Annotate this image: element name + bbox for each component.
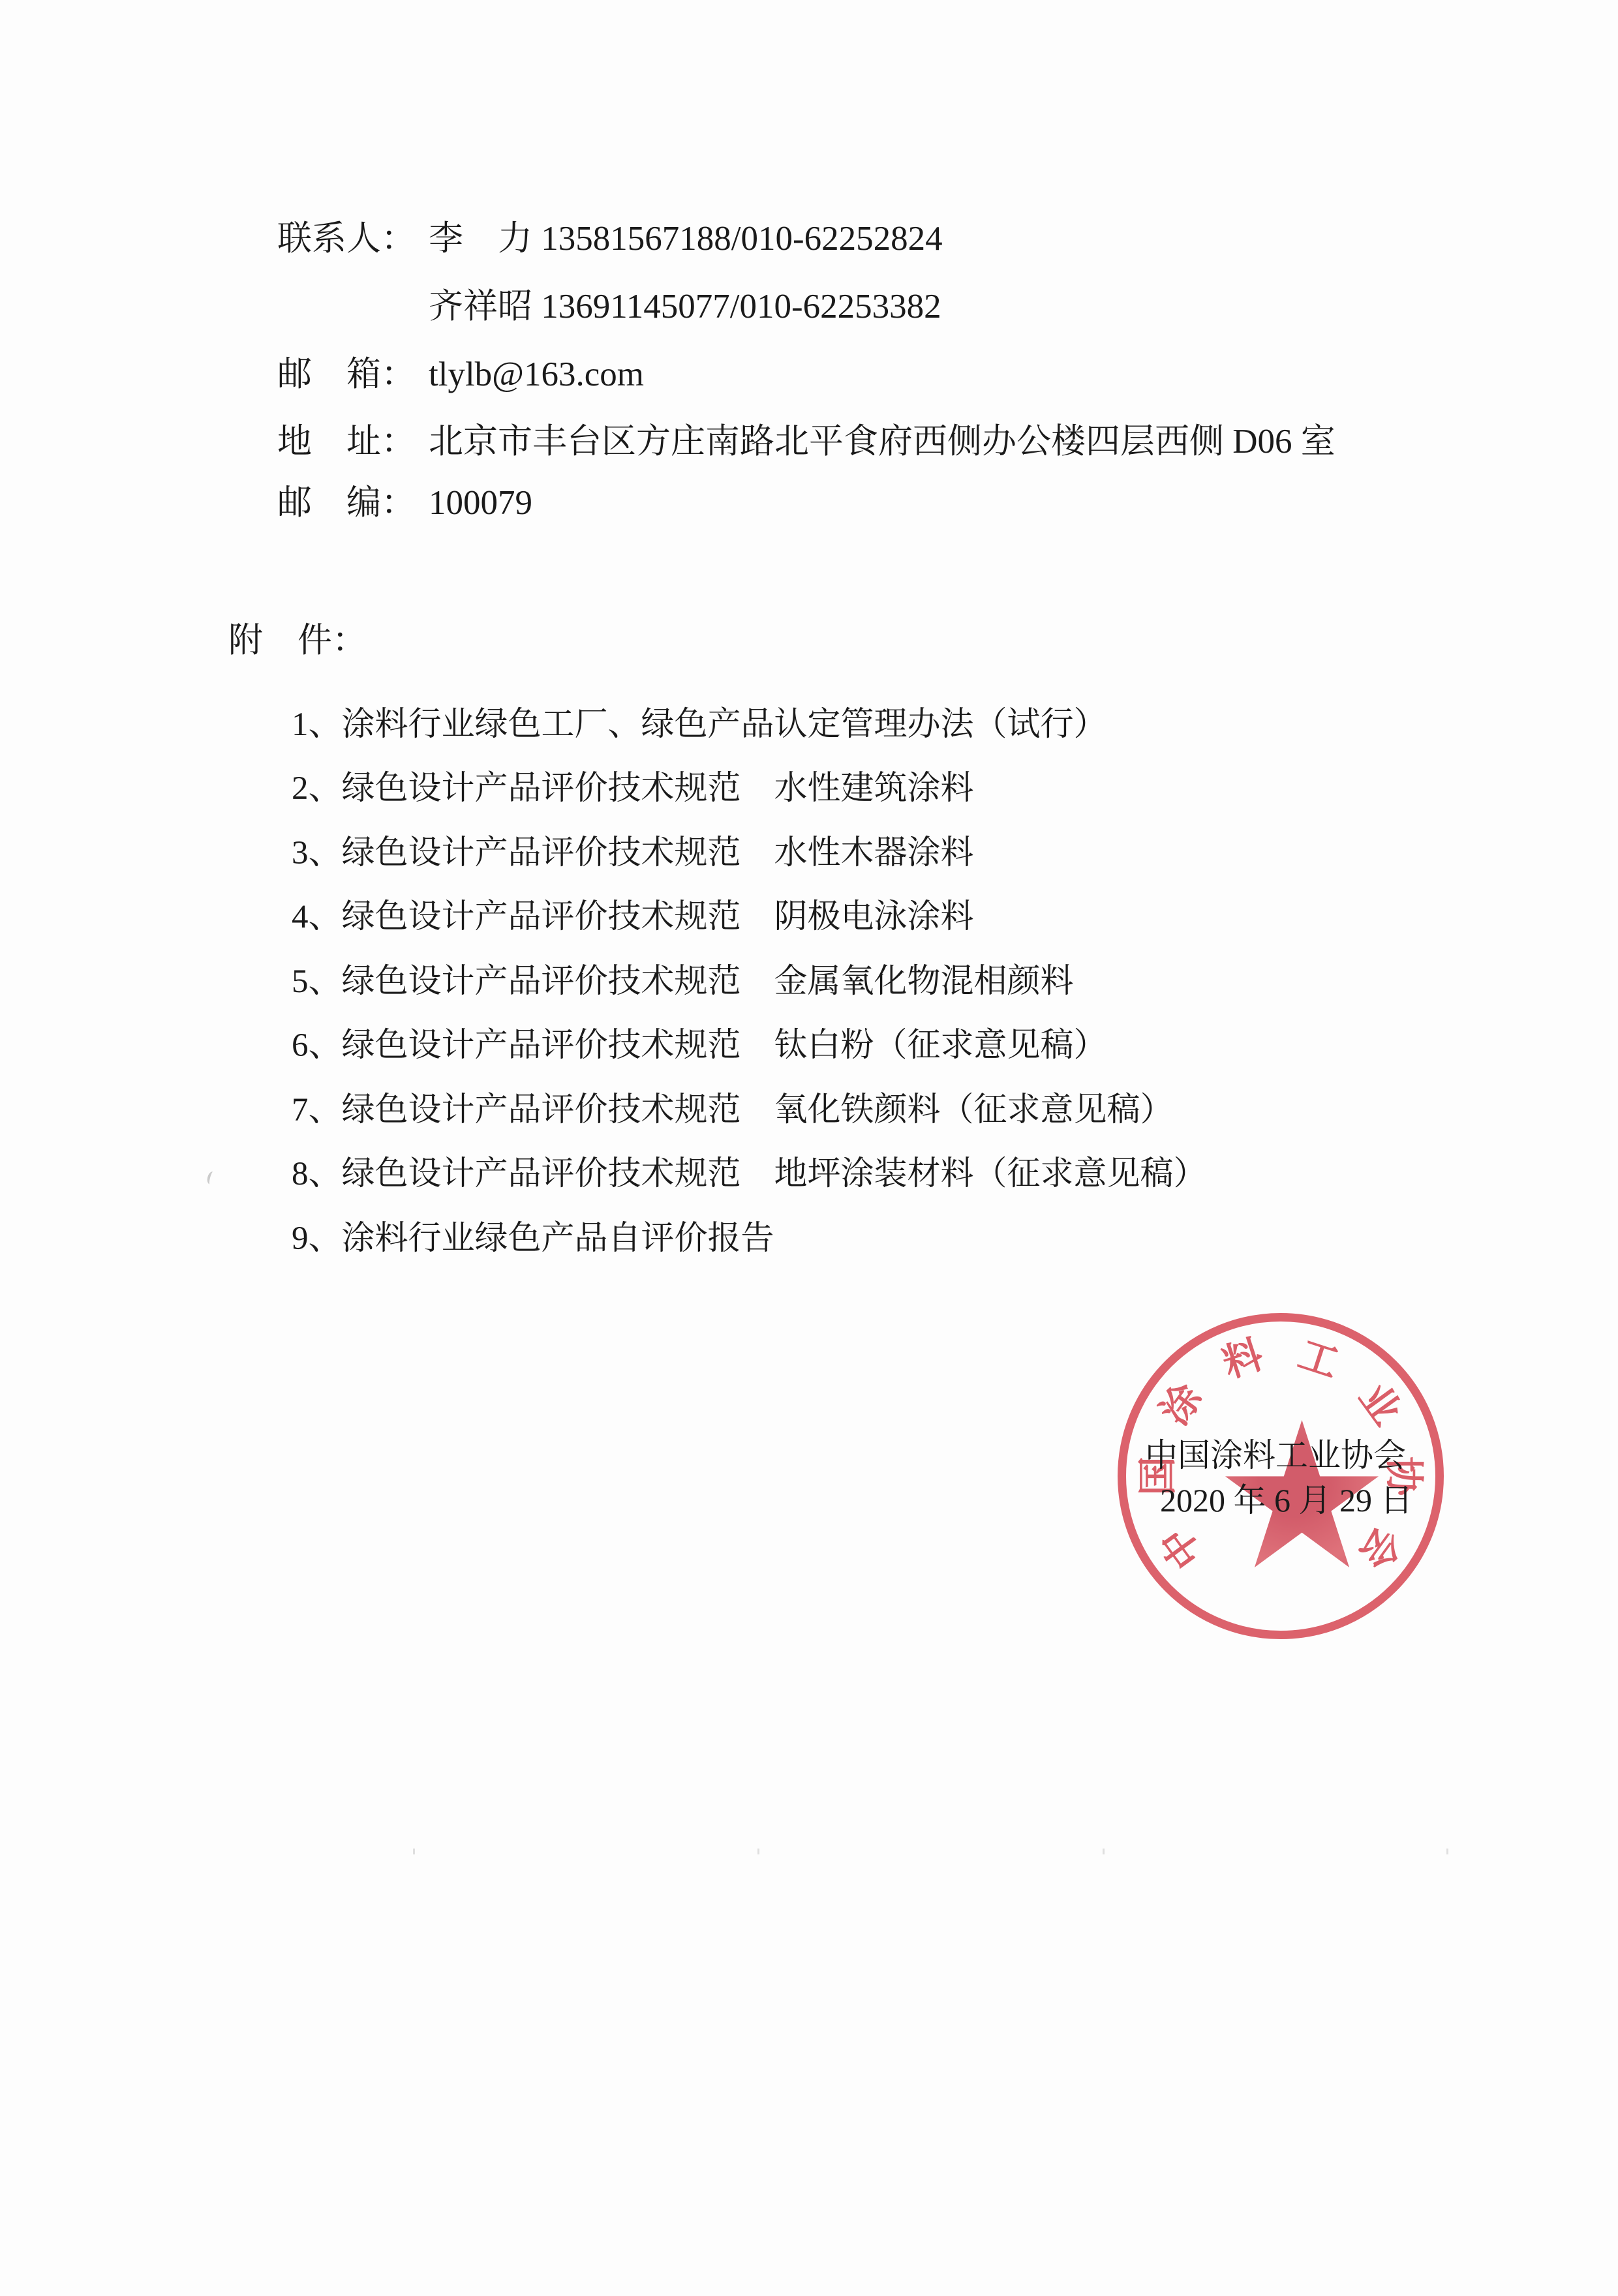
contact-value: 李 力 13581567188/010-62252824 xyxy=(429,220,943,258)
contact-label: 邮 编： xyxy=(277,484,416,522)
scan-artifact xyxy=(757,1849,759,1854)
scan-artifact xyxy=(1446,1849,1448,1854)
contact-row: 邮 编： 100079 xyxy=(0,484,1618,522)
scan-artifact xyxy=(413,1849,415,1854)
contact-row: 齐祥昭 13691145077/010-62253382 xyxy=(0,288,1618,325)
contact-value: 北京市丰台区方庄南路北平食府西侧办公楼四层西侧 D06 室 xyxy=(429,423,1336,461)
contact-row: 地 址： 北京市丰台区方庄南路北平食府西侧办公楼四层西侧 D06 室 xyxy=(0,423,1618,461)
document-page: 联系人： 李 力 13581567188/010-62252824 齐祥昭 13… xyxy=(0,0,1618,2296)
contact-row: 联系人： 李 力 13581567188/010-62252824 xyxy=(0,220,1618,258)
contact-value: 齐祥昭 13691145077/010-62253382 xyxy=(429,288,941,325)
attachment-item: 4、绿色设计产品评价技术规范 阴极电泳涂料 xyxy=(292,899,974,935)
attachment-item: 2、绿色设计产品评价技术规范 水性建筑涂料 xyxy=(292,770,974,807)
scan-artifact xyxy=(1103,1849,1105,1854)
attachment-item: 3、绿色设计产品评价技术规范 水性木器涂料 xyxy=(292,835,974,871)
scan-speck xyxy=(206,1171,217,1185)
contact-label: 邮 箱： xyxy=(277,355,416,393)
attachment-item: 7、绿色设计产品评价技术规范 氧化铁颜料（征求意见稿） xyxy=(292,1092,1174,1128)
attachment-item: 5、绿色设计产品评价技术规范 金属氧化物混相颜料 xyxy=(292,963,1074,1000)
contact-value: 100079 xyxy=(429,484,532,522)
attachments-heading: 附 件： xyxy=(228,622,367,659)
attachment-item: 1、涂料行业绿色工厂、绿色产品认定管理办法（试行） xyxy=(292,706,1107,743)
contact-value: tlylb@163.com xyxy=(429,355,644,393)
contact-label: 联系人： xyxy=(277,220,416,258)
contact-row: 邮 箱： tlylb@163.com xyxy=(0,355,1618,393)
attachment-item: 6、绿色设计产品评价技术规范 钛白粉（征求意见稿） xyxy=(292,1027,1107,1064)
contact-label: 地 址： xyxy=(277,423,416,461)
signature-org: 中国涂料工业协会 xyxy=(1145,1437,1406,1473)
attachment-item: 9、涂料行业绿色产品自评价报告 xyxy=(292,1220,774,1257)
attachment-item: 8、绿色设计产品评价技术规范 地坪涂装材料（征求意见稿） xyxy=(292,1156,1207,1192)
signature-date: 2020 年 6 月 29 日 xyxy=(1160,1482,1413,1518)
official-seal: 中 国 涂 料 工 业 协 会 xyxy=(1118,1313,1444,1639)
